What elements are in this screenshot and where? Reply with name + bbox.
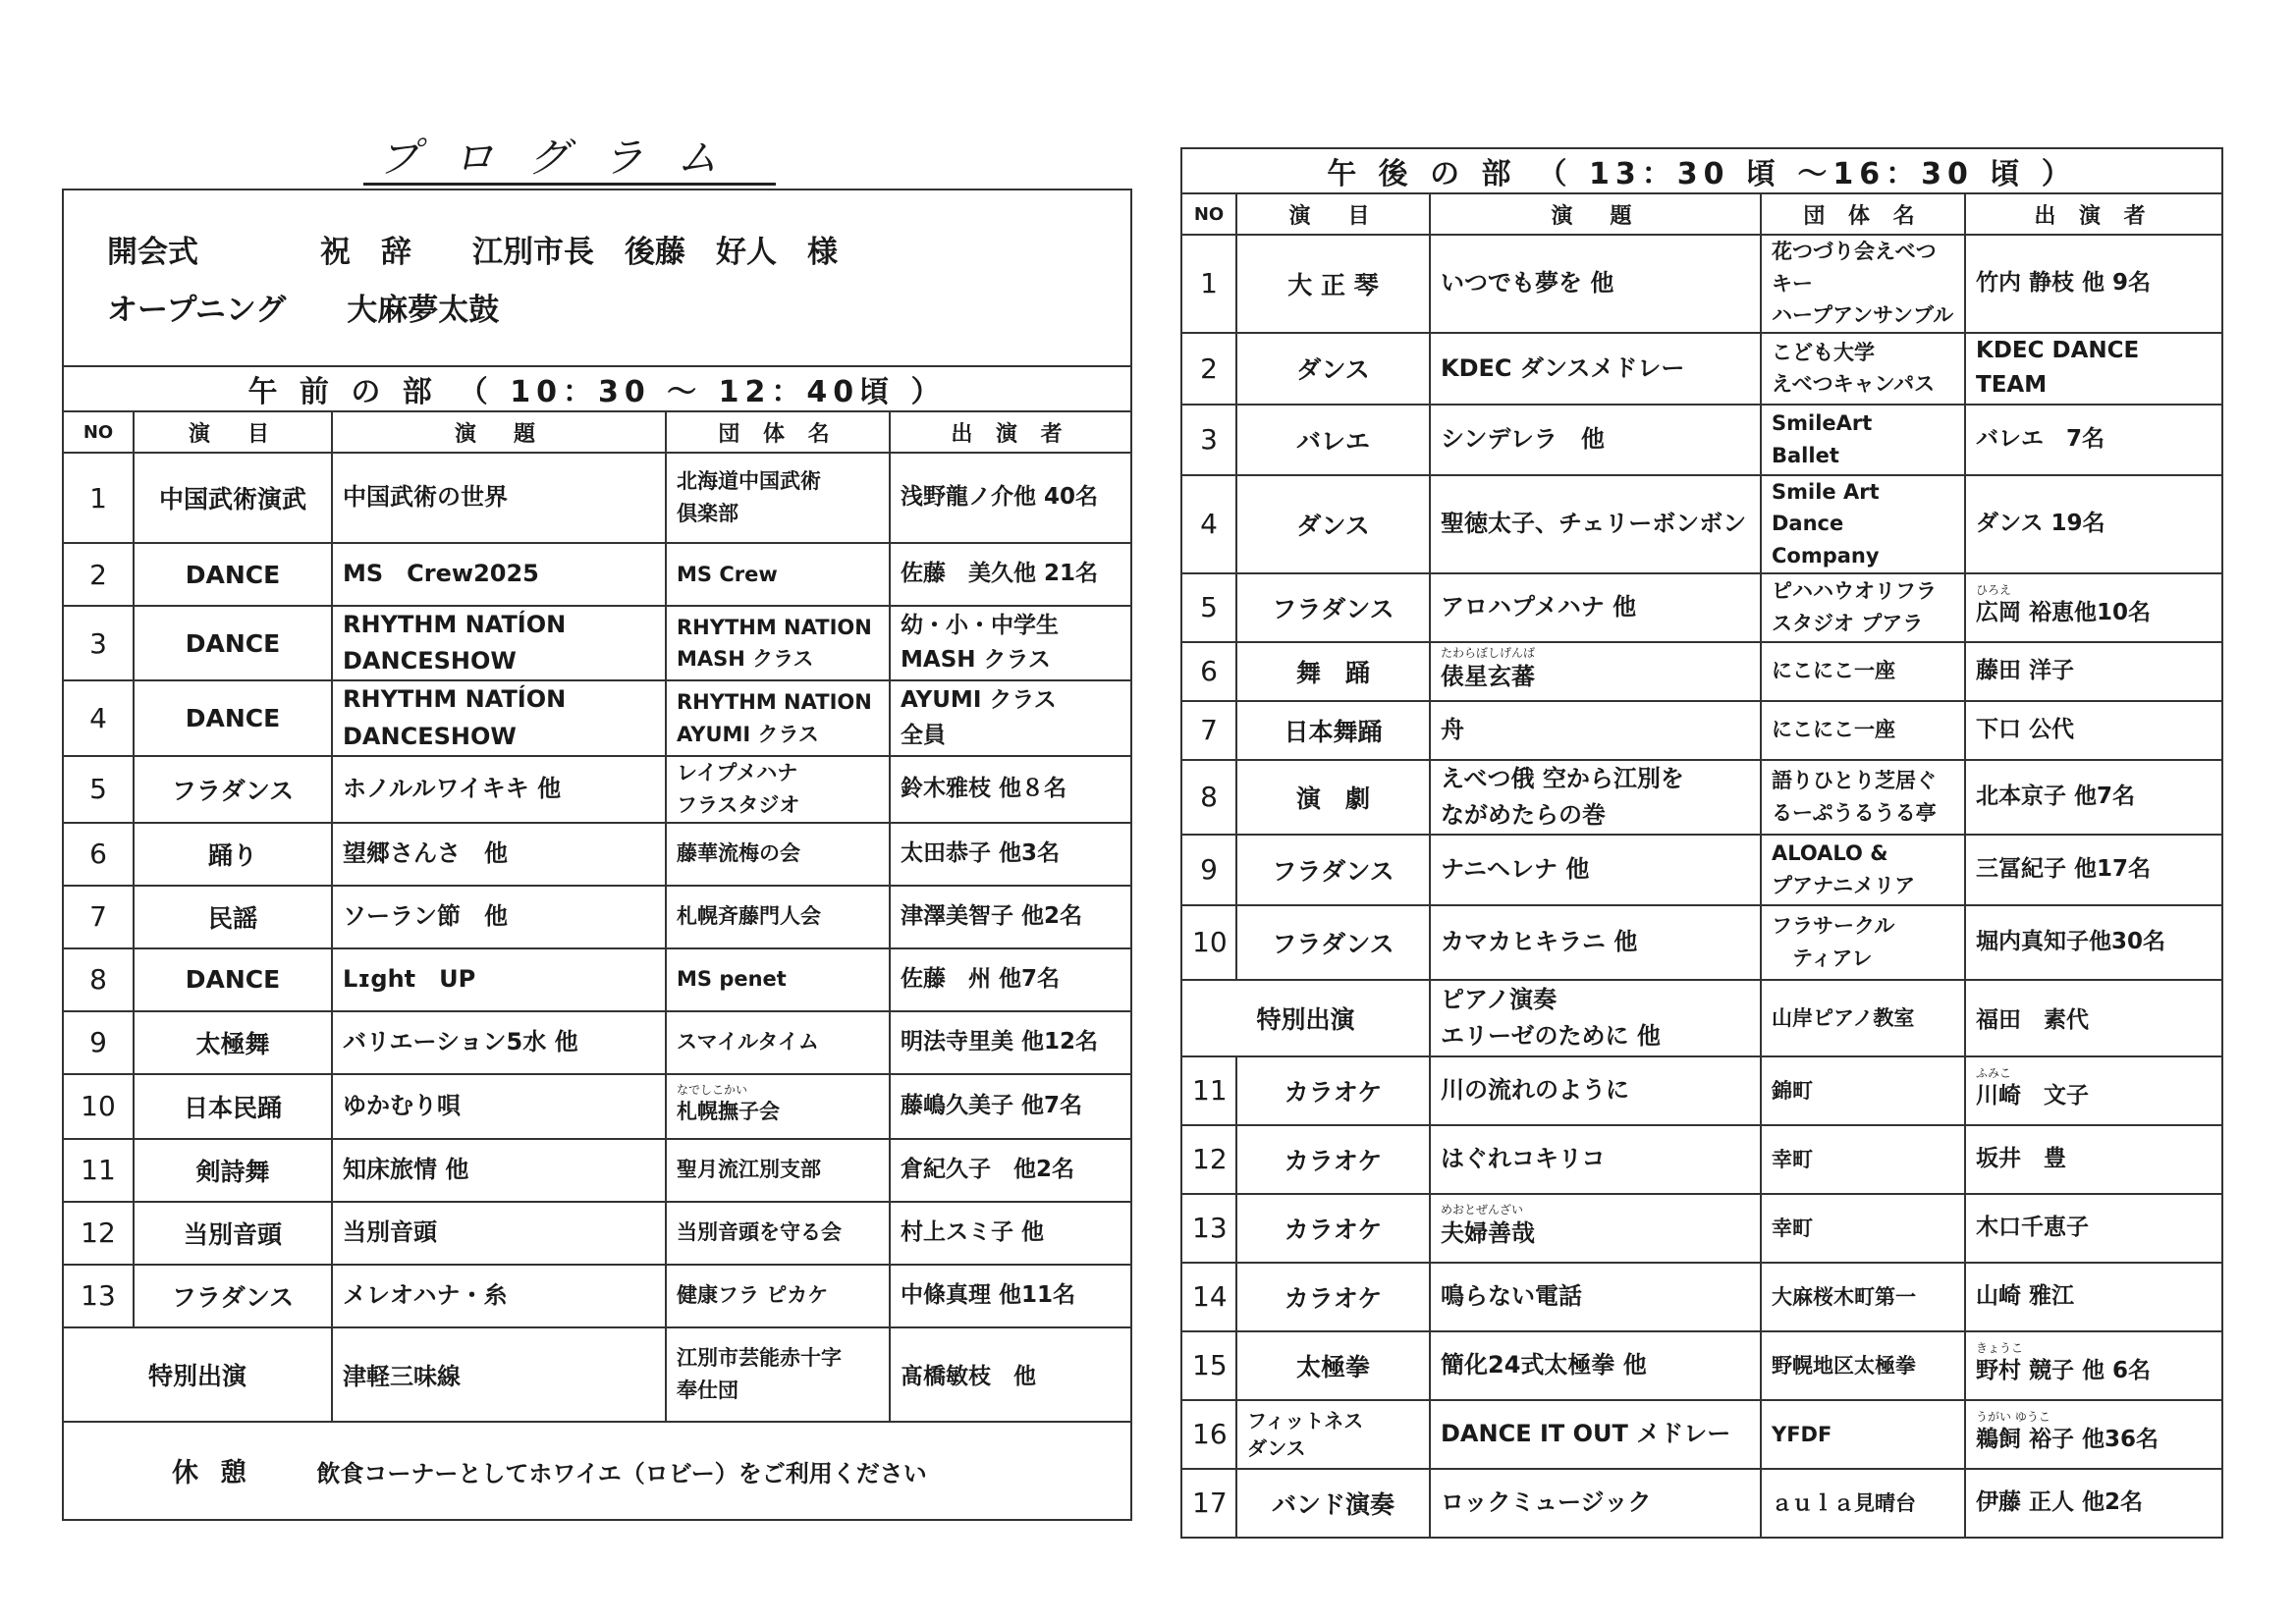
row-group: ピハハウオリフラ スタジオ プアラ <box>1761 573 1965 642</box>
row-group-text: ａｕｌａ見晴台 <box>1772 1491 1916 1515</box>
row-genre-text: 舞 踊 <box>1296 659 1370 687</box>
row-performer-text: 浅野龍ノ介他 40名 <box>901 484 1098 510</box>
table-row: 4DANCERHYTHM NATÍON DANCESHOWRHYTHM NATI… <box>63 680 1131 755</box>
table-row: 3DANCERHYTHM NATÍON DANCESHOWRHYTHM NATI… <box>63 606 1131 680</box>
morning-session-header: 午 前 の 部 （ 10：30 ～ 12：40頃 ） <box>63 366 1131 411</box>
row-group: 札幌斉藤門人会 <box>666 886 890 948</box>
row-no-text: 9 <box>89 1026 107 1058</box>
row-group: 花つづり会えべつキー ハープアンサンブル <box>1761 235 1965 333</box>
row-title: 中国武術の世界 <box>332 453 666 543</box>
row-no: 13 <box>63 1265 134 1327</box>
row-performer-text: 太田恭子 他3名 <box>901 840 1060 866</box>
row-no: 7 <box>63 886 134 948</box>
row-performer-text: 佐藤 美久他 21名 <box>901 561 1098 586</box>
row-no-text: 1 <box>1200 267 1218 299</box>
col-no: NO <box>1181 193 1236 235</box>
row-no: 12 <box>1181 1125 1236 1194</box>
opening-ceremony: 開会式 祝 辞 江別市長 後藤 好人 様 オープニング 大麻夢太鼓 <box>63 189 1131 366</box>
row-no-text: 11 <box>81 1154 116 1186</box>
furigana: ふみこ <box>1976 1067 2212 1079</box>
row-genre: 舞 踊 <box>1236 642 1430 701</box>
table-row: 13カラオケめおとぜんざい夫婦善哉幸町木口千恵子 <box>1181 1194 2222 1263</box>
row-group: ALOALO & プアナニメリア <box>1761 835 1965 905</box>
row-group: 語りひとり芝居ぐ るーぷうるうる亭 <box>1761 760 1965 835</box>
row-title: 望郷さんさ 他 <box>332 823 666 886</box>
row-performer-text: 堀内真知子他30名 <box>1976 929 2165 954</box>
row-group-text: にこにこ一座 <box>1772 718 1895 741</box>
row-no-text: 4 <box>89 702 107 734</box>
row-genre-text: フラダンス <box>1272 857 1394 886</box>
row-group: 幸町 <box>1761 1125 1965 1194</box>
row-no-text: 14 <box>1192 1280 1228 1313</box>
row-performer: きょうこ野村 競子 他 6名 <box>1965 1331 2222 1400</box>
row-no: 14 <box>1181 1263 1236 1331</box>
row-no-text: 3 <box>1200 423 1218 456</box>
row-performer: KDEC DANCE TEAM <box>1965 333 2222 405</box>
row-title: たわらぼしげんば俵星玄蕃 <box>1430 642 1761 701</box>
row-group-text: 幸町 <box>1772 1148 1813 1171</box>
row-no-text: 15 <box>1192 1349 1228 1381</box>
row-group-text: 錦町 <box>1772 1079 1813 1103</box>
row-group: MS penet <box>666 948 890 1011</box>
row-group-text: レイプメハナ フラスタジオ <box>677 761 799 817</box>
break-row: 休憩 飲食コーナーとしてホワイエ（ロビー）をご利用ください <box>63 1422 1131 1520</box>
row-performer: AYUMI クラス 全員 <box>890 680 1131 755</box>
special-performer: 髙橋敏枝 他 <box>890 1327 1131 1422</box>
row-group-text: 札幌撫子会 <box>677 1100 780 1123</box>
col-performer: 出 演 者 <box>1965 193 2222 235</box>
row-title: メレオハナ・糸 <box>332 1265 666 1327</box>
row-title: KDEC ダンスメドレー <box>1430 333 1761 405</box>
table-row: 2ダンスKDEC ダンスメドレーこども大学 えべつキャンパスKDEC DANCE… <box>1181 333 2222 405</box>
special-group: 山岸ピアノ教室 <box>1761 980 1965 1056</box>
row-genre-text: 踊り <box>208 841 257 870</box>
row-no: 8 <box>1181 760 1236 835</box>
row-performer: 藤田 洋子 <box>1965 642 2222 701</box>
row-title: ホノルルワイキキ 他 <box>332 756 666 823</box>
row-title: カマカヒキラニ 他 <box>1430 905 1761 980</box>
table-row: 17バンド演奏ロックミュージックａｕｌａ見晴台伊藤 正人 他2名 <box>1181 1469 2222 1538</box>
row-group: RHYTHM NATION MASH クラス <box>666 606 890 680</box>
row-no-text: 4 <box>1200 508 1218 540</box>
row-performer-text: 鵜飼 裕子 他36名 <box>1976 1427 2159 1452</box>
row-genre-text: カラオケ <box>1285 1216 1383 1244</box>
special-label: 特別出演 <box>63 1327 332 1422</box>
row-genre-text: 日本舞踊 <box>1284 718 1382 746</box>
row-group-text: 藤華流梅の会 <box>677 841 800 865</box>
row-genre: フラダンス <box>1236 905 1430 980</box>
furigana: たわらぼしげんば <box>1441 647 1750 659</box>
row-no-text: 2 <box>1200 352 1218 385</box>
table-row: 7民謡ソーラン節 他札幌斉藤門人会津澤美智子 他2名 <box>63 886 1131 948</box>
row-performer-text: 村上スミ子 他 <box>901 1219 1044 1245</box>
row-genre: バンド演奏 <box>1236 1469 1430 1538</box>
row-no: 4 <box>1181 475 1236 573</box>
table-row: 8演 劇えべつ俄 空から江別を ながめたらの巻語りひとり芝居ぐ るーぷうるうる亭… <box>1181 760 2222 835</box>
row-genre-text: フラダンス <box>172 1283 294 1312</box>
row-performer-text: 明法寺里美 他12名 <box>901 1029 1098 1055</box>
row-performer-text: 下口 公代 <box>1976 717 2074 742</box>
row-genre: フラダンス <box>1236 573 1430 642</box>
row-no-text: 7 <box>1200 714 1218 746</box>
afternoon-session-header: 午 後 の 部 （ 13：30 頃 ～16：30 頃 ） <box>1181 148 2222 193</box>
morning-program-table: 開会式 祝 辞 江別市長 後藤 好人 様 オープニング 大麻夢太鼓 午 前 の … <box>62 189 1132 1521</box>
furigana: ひろえ <box>1976 584 2212 596</box>
row-performer: 浅野龍ノ介他 40名 <box>890 453 1131 543</box>
row-genre-text: フラダンス <box>1272 595 1394 623</box>
row-genre: ダンス <box>1236 333 1430 405</box>
row-title: 聖徳太子、チェリーボンボン <box>1430 475 1761 573</box>
row-title-text: 舟 <box>1441 716 1464 743</box>
row-group: フラサークル ティアレ <box>1761 905 1965 980</box>
row-genre-text: バンド演奏 <box>1272 1490 1394 1519</box>
table-row: 5フラダンスアロハプメハナ 他ピハハウオリフラ スタジオ プアラひろえ広岡 裕恵… <box>1181 573 2222 642</box>
row-title: ナニヘレナ 他 <box>1430 835 1761 905</box>
row-group-text: こども大学 えべつキャンパス <box>1772 341 1935 397</box>
row-title-text: はぐれコキリコ <box>1441 1145 1606 1172</box>
row-genre-text: 中国武術演武 <box>159 485 306 514</box>
row-no: 17 <box>1181 1469 1236 1538</box>
row-performer-text: ダンス 19名 <box>1976 511 2105 536</box>
row-title-text: ナニヘレナ 他 <box>1441 855 1589 883</box>
row-genre-text: DANCE <box>186 561 280 589</box>
opening-line-1: 開会式 祝 辞 江別市長 後藤 好人 様 <box>107 227 1121 271</box>
row-no: 16 <box>1181 1400 1236 1469</box>
row-genre-text: 民謡 <box>208 904 257 933</box>
row-genre: 演 劇 <box>1236 760 1430 835</box>
row-title: バリエーション5水 他 <box>332 1011 666 1074</box>
row-genre: 中国武術演武 <box>134 453 332 543</box>
row-title-text: メレオハナ・糸 <box>343 1281 508 1309</box>
table-row: 1中国武術演武中国武術の世界北海道中国武術 倶楽部浅野龍ノ介他 40名 <box>63 453 1131 543</box>
row-title: RHYTHM NATÍON DANCESHOW <box>332 606 666 680</box>
row-no-text: 13 <box>1192 1212 1228 1244</box>
row-title: ゆかむり唄 <box>332 1074 666 1139</box>
row-performer: 津澤美智子 他2名 <box>890 886 1131 948</box>
row-group: SmileArt Ballet <box>1761 405 1965 475</box>
row-no-text: 6 <box>89 838 107 870</box>
row-title: 当別音頭 <box>332 1202 666 1265</box>
row-performer: 木口千恵子 <box>1965 1194 2222 1263</box>
row-group: 錦町 <box>1761 1056 1965 1125</box>
row-performer-text: 幼・小・中学生 MASH クラス <box>901 613 1059 674</box>
special-title: ピアノ演奏 エリーゼのために 他 <box>1430 980 1761 1056</box>
col-genre: 演 目 <box>134 411 332 453</box>
row-genre-text: DANCE <box>186 629 280 658</box>
row-title: DANCE IT OUT メドレー <box>1430 1400 1761 1469</box>
row-title-text: 当別音頭 <box>343 1218 437 1246</box>
row-no: 2 <box>63 543 134 606</box>
row-group: 大麻桜木町第一 <box>1761 1263 1965 1331</box>
row-performer: 鈴木雅枝 他８名 <box>890 756 1131 823</box>
row-title: えべつ俄 空から江別を ながめたらの巻 <box>1430 760 1761 835</box>
row-genre-text: 日本民踊 <box>184 1094 282 1122</box>
table-row: 11カラオケ川の流れのように錦町ふみこ川崎 文子 <box>1181 1056 2222 1125</box>
break-message: 飲食コーナーとしてホワイエ（ロビー）をご利用ください <box>316 1460 926 1488</box>
row-title: いつでも夢を 他 <box>1430 235 1761 333</box>
row-genre-text: バレエ <box>1296 427 1370 456</box>
row-no: 9 <box>1181 835 1236 905</box>
row-title: はぐれコキリコ <box>1430 1125 1761 1194</box>
row-title-text: バリエーション5水 他 <box>343 1028 578 1055</box>
column-header-row: NO 演 目 演 題 団 体 名 出 演 者 <box>1181 193 2222 235</box>
row-performer-text: 三冨紀子 他17名 <box>1976 856 2151 882</box>
row-genre: 太極拳 <box>1236 1331 1430 1400</box>
row-performer: ダンス 19名 <box>1965 475 2222 573</box>
col-genre: 演 目 <box>1236 193 1430 235</box>
row-genre-text: DANCE <box>186 965 280 994</box>
row-title-text: DANCE IT OUT メドレー <box>1441 1420 1730 1447</box>
row-group: ａｕｌａ見晴台 <box>1761 1469 1965 1538</box>
row-no-text: 16 <box>1192 1418 1228 1450</box>
row-no-text: 9 <box>1200 853 1218 886</box>
row-title-text: アロハプメハナ 他 <box>1441 593 1636 621</box>
row-genre: 当別音頭 <box>134 1202 332 1265</box>
row-performer-text: 藤田 洋子 <box>1976 658 2074 683</box>
row-performer: 倉紀久子 他2名 <box>890 1139 1131 1202</box>
row-group: こども大学 えべつキャンパス <box>1761 333 1965 405</box>
table-row: 10日本民踊ゆかむり唄なでしこかい札幌撫子会藤嶋久美子 他7名 <box>63 1074 1131 1139</box>
special-group: 江別市芸能赤十字 奉仕団 <box>666 1327 890 1422</box>
row-group-text: ピハハウオリフラ スタジオ プアラ <box>1772 579 1937 635</box>
row-performer: 北本京子 他7名 <box>1965 760 2222 835</box>
row-genre: バレエ <box>1236 405 1430 475</box>
row-performer-text: バレエ 7名 <box>1976 426 2105 452</box>
row-group-text: 聖月流江別支部 <box>677 1158 821 1181</box>
row-title: 舟 <box>1430 701 1761 760</box>
row-genre-text: 演 劇 <box>1296 784 1370 813</box>
row-no: 1 <box>63 453 134 543</box>
column-header-row: NO 演 目 演 題 団 体 名 出 演 者 <box>63 411 1131 453</box>
row-group-text: にこにこ一座 <box>1772 659 1895 682</box>
row-genre: カラオケ <box>1236 1056 1430 1125</box>
row-no: 13 <box>1181 1194 1236 1263</box>
col-group: 団 体 名 <box>1761 193 1965 235</box>
opening-line-2: オープニング 大麻夢太鼓 <box>107 285 1121 329</box>
row-group: 幸町 <box>1761 1194 1965 1263</box>
row-no-text: 8 <box>1200 781 1218 813</box>
row-group-text: 語りひとり芝居ぐ るーぷうるうる亭 <box>1772 769 1937 825</box>
table-row: 14カラオケ鳴らない電話大麻桜木町第一山崎 雅江 <box>1181 1263 2222 1331</box>
row-title-text: RHYTHM NATÍON DANCESHOW <box>343 611 566 675</box>
row-performer-text: 中條真理 他11名 <box>901 1282 1075 1308</box>
row-group-text: MS penet <box>677 967 787 991</box>
row-group: RHYTHM NATION AYUMI クラス <box>666 680 890 755</box>
table-row: 16フィットネス ダンスDANCE IT OUT メドレーYFDFうがい ゆうこ… <box>1181 1400 2222 1469</box>
row-performer: 山崎 雅江 <box>1965 1263 2222 1331</box>
row-title: 川の流れのように <box>1430 1056 1761 1125</box>
row-title: MS Crew2025 <box>332 543 666 606</box>
row-title: ソーラン節 他 <box>332 886 666 948</box>
row-group-text: RHYTHM NATION MASH クラス <box>677 616 872 672</box>
row-title: めおとぜんざい夫婦善哉 <box>1430 1194 1761 1263</box>
row-title-text: シンデレラ 他 <box>1441 425 1605 453</box>
row-group-text: フラサークル ティアレ <box>1772 914 1894 970</box>
row-group: にこにこ一座 <box>1761 642 1965 701</box>
table-row: 1大 正 琴いつでも夢を 他花つづり会えべつキー ハープアンサンブル竹内 静枝 … <box>1181 235 2222 333</box>
row-title: 知床旅情 他 <box>332 1139 666 1202</box>
special-performer: 福田 素代 <box>1965 980 2222 1056</box>
row-no: 11 <box>63 1139 134 1202</box>
row-no-text: 1 <box>89 482 107 514</box>
row-performer: 幼・小・中学生 MASH クラス <box>890 606 1131 680</box>
row-title-text: 俵星玄蕃 <box>1441 663 1535 690</box>
row-title-text: MS Crew2025 <box>343 560 539 587</box>
row-genre-text: フィットネス ダンス <box>1247 1409 1363 1460</box>
row-genre-text: フラダンス <box>1272 930 1394 958</box>
row-performer-text: 川崎 文子 <box>1976 1083 2089 1109</box>
row-title: Lɪght UP <box>332 948 666 1011</box>
table-row: 6踊り望郷さんさ 他藤華流梅の会太田恭子 他3名 <box>63 823 1131 886</box>
row-no: 7 <box>1181 701 1236 760</box>
row-group: 藤華流梅の会 <box>666 823 890 886</box>
row-title-text: 中国武術の世界 <box>343 483 508 511</box>
row-performer-text: 山崎 雅江 <box>1976 1283 2074 1309</box>
row-performer: 伊藤 正人 他2名 <box>1965 1469 2222 1538</box>
row-performer-text: 津澤美智子 他2名 <box>901 903 1082 929</box>
row-no-text: 12 <box>1192 1143 1228 1175</box>
row-group: なでしこかい札幌撫子会 <box>666 1074 890 1139</box>
row-performer-text: 野村 競子 他 6名 <box>1976 1358 2151 1383</box>
row-performer-text: KDEC DANCE TEAM <box>1976 338 2139 399</box>
row-group: レイプメハナ フラスタジオ <box>666 756 890 823</box>
row-no: 6 <box>1181 642 1236 701</box>
row-genre: 民謡 <box>134 886 332 948</box>
row-group: YFDF <box>1761 1400 1965 1469</box>
row-genre-text: 剣詩舞 <box>195 1158 269 1186</box>
row-performer: 坂井 豊 <box>1965 1125 2222 1194</box>
row-title-text: 簡化24式太極拳 他 <box>1441 1351 1647 1379</box>
page-title: プログラム <box>358 126 771 185</box>
row-genre: 日本舞踊 <box>1236 701 1430 760</box>
col-title: 演 題 <box>1430 193 1761 235</box>
row-group: MS Crew <box>666 543 890 606</box>
furigana: なでしこかい <box>677 1084 879 1096</box>
row-performer: 佐藤 美久他 21名 <box>890 543 1131 606</box>
row-no: 2 <box>1181 333 1236 405</box>
row-group-text: 大麻桜木町第一 <box>1772 1285 1916 1309</box>
table-row: 5フラダンスホノルルワイキキ 他レイプメハナ フラスタジオ鈴木雅枝 他８名 <box>63 756 1131 823</box>
row-no: 5 <box>1181 573 1236 642</box>
row-genre: 踊り <box>134 823 332 886</box>
row-title-text: えべつ俄 空から江別を ながめたらの巻 <box>1441 765 1684 829</box>
row-group-text: 北海道中国武術 倶楽部 <box>677 469 821 525</box>
row-performer-text: 広岡 裕恵他10名 <box>1976 600 2151 625</box>
table-row: 12当別音頭当別音頭当別音頭を守る会村上スミ子 他 <box>63 1202 1131 1265</box>
row-group: 野幌地区太極拳 <box>1761 1331 1965 1400</box>
row-performer: 藤嶋久美子 他7名 <box>890 1074 1131 1139</box>
row-genre: フラダンス <box>1236 835 1430 905</box>
row-genre-text: フラダンス <box>172 777 294 805</box>
row-genre-text: DANCE <box>186 704 280 732</box>
row-genre: ダンス <box>1236 475 1430 573</box>
row-title-text: カマカヒキラニ 他 <box>1441 928 1637 955</box>
row-performer: 佐藤 州 他7名 <box>890 948 1131 1011</box>
row-no: 10 <box>63 1074 134 1139</box>
row-no-text: 13 <box>81 1279 116 1312</box>
col-no: NO <box>63 411 134 453</box>
table-row: 7日本舞踊舟にこにこ一座下口 公代 <box>1181 701 2222 760</box>
row-title-text: 鳴らない電話 <box>1441 1282 1582 1310</box>
row-group-text: SmileArt Ballet <box>1772 411 1872 467</box>
furigana: うがい ゆうこ <box>1976 1411 2212 1423</box>
col-group: 団 体 名 <box>666 411 890 453</box>
col-title: 演 題 <box>332 411 666 453</box>
row-genre-text: 太極拳 <box>1296 1353 1370 1381</box>
table-row: 4ダンス聖徳太子、チェリーボンボンSmile Art Dance Company… <box>1181 475 2222 573</box>
row-performer: 明法寺里美 他12名 <box>890 1011 1131 1074</box>
row-group-text: 健康フラ ピカケ <box>677 1283 828 1307</box>
row-no: 4 <box>63 680 134 755</box>
row-group-text: MS Crew <box>677 563 778 586</box>
row-title-text: 夫婦善哉 <box>1441 1219 1535 1247</box>
row-performer-text: 倉紀久子 他2名 <box>901 1157 1074 1182</box>
row-title: ロックミュージック <box>1430 1469 1761 1538</box>
row-genre: フィットネス ダンス <box>1236 1400 1430 1469</box>
table-row: 12カラオケはぐれコキリコ幸町坂井 豊 <box>1181 1125 2222 1194</box>
row-performer: ふみこ川崎 文子 <box>1965 1056 2222 1125</box>
row-title: シンデレラ 他 <box>1430 405 1761 475</box>
row-performer: うがい ゆうこ鵜飼 裕子 他36名 <box>1965 1400 2222 1469</box>
row-no-text: 12 <box>81 1217 116 1249</box>
row-performer: 中條真理 他11名 <box>890 1265 1131 1327</box>
row-performer-text: AYUMI クラス 全員 <box>901 687 1057 748</box>
row-no-text: 5 <box>1200 591 1218 623</box>
row-group: 北海道中国武術 倶楽部 <box>666 453 890 543</box>
row-title-text: ゆかむり唄 <box>343 1092 461 1119</box>
special-row: 特別出演 津軽三味線 江別市芸能赤十字 奉仕団 髙橋敏枝 他 <box>63 1327 1131 1422</box>
afternoon-program-table: 午 後 の 部 （ 13：30 頃 ～16：30 頃 ） NO 演 目 演 題 … <box>1180 147 2223 1539</box>
row-no: 5 <box>63 756 134 823</box>
table-row: 13フラダンスメレオハナ・糸健康フラ ピカケ中條真理 他11名 <box>63 1265 1131 1327</box>
row-performer: 村上スミ子 他 <box>890 1202 1131 1265</box>
row-no-text: 7 <box>89 900 107 933</box>
break-label: 休憩 <box>172 1458 268 1488</box>
row-group: Smile Art Dance Company <box>1761 475 1965 573</box>
row-performer-text: 伊藤 正人 他2名 <box>1976 1489 2143 1515</box>
row-genre: 剣詩舞 <box>134 1139 332 1202</box>
row-genre: カラオケ <box>1236 1194 1430 1263</box>
row-no: 9 <box>63 1011 134 1074</box>
row-performer: 竹内 静枝 他 9名 <box>1965 235 2222 333</box>
row-genre: カラオケ <box>1236 1125 1430 1194</box>
row-performer: 堀内真知子他30名 <box>1965 905 2222 980</box>
row-no-text: 17 <box>1192 1487 1228 1519</box>
row-group: 聖月流江別支部 <box>666 1139 890 1202</box>
row-group-text: RHYTHM NATION AYUMI クラス <box>677 690 872 746</box>
special-title: 津軽三味線 <box>332 1327 666 1422</box>
furigana: めおとぜんざい <box>1441 1204 1750 1216</box>
row-performer: ひろえ広岡 裕恵他10名 <box>1965 573 2222 642</box>
row-title-text: いつでも夢を 他 <box>1441 269 1613 297</box>
row-genre-text: ダンス <box>1296 512 1370 540</box>
row-group-text: ALOALO & プアナニメリア <box>1772 841 1915 897</box>
row-title-text: 知床旅情 他 <box>343 1156 468 1183</box>
table-row: 15太極拳簡化24式太極拳 他野幌地区太極拳きょうこ野村 競子 他 6名 <box>1181 1331 2222 1400</box>
row-title-text: Lɪght UP <box>343 965 475 993</box>
row-no-text: 2 <box>89 559 107 591</box>
special-label: 特別出演 <box>1181 980 1430 1056</box>
row-no-text: 5 <box>89 773 107 805</box>
row-group-text: 花つづり会えべつキー ハープアンサンブル <box>1772 240 1953 327</box>
row-performer-text: 木口千恵子 <box>1976 1215 2089 1240</box>
row-title: アロハプメハナ 他 <box>1430 573 1761 642</box>
row-group-text: 幸町 <box>1772 1217 1813 1240</box>
row-no: 6 <box>63 823 134 886</box>
row-group: 当別音頭を守る会 <box>666 1202 890 1265</box>
row-genre-text: ダンス <box>1296 355 1370 384</box>
row-no: 3 <box>63 606 134 680</box>
